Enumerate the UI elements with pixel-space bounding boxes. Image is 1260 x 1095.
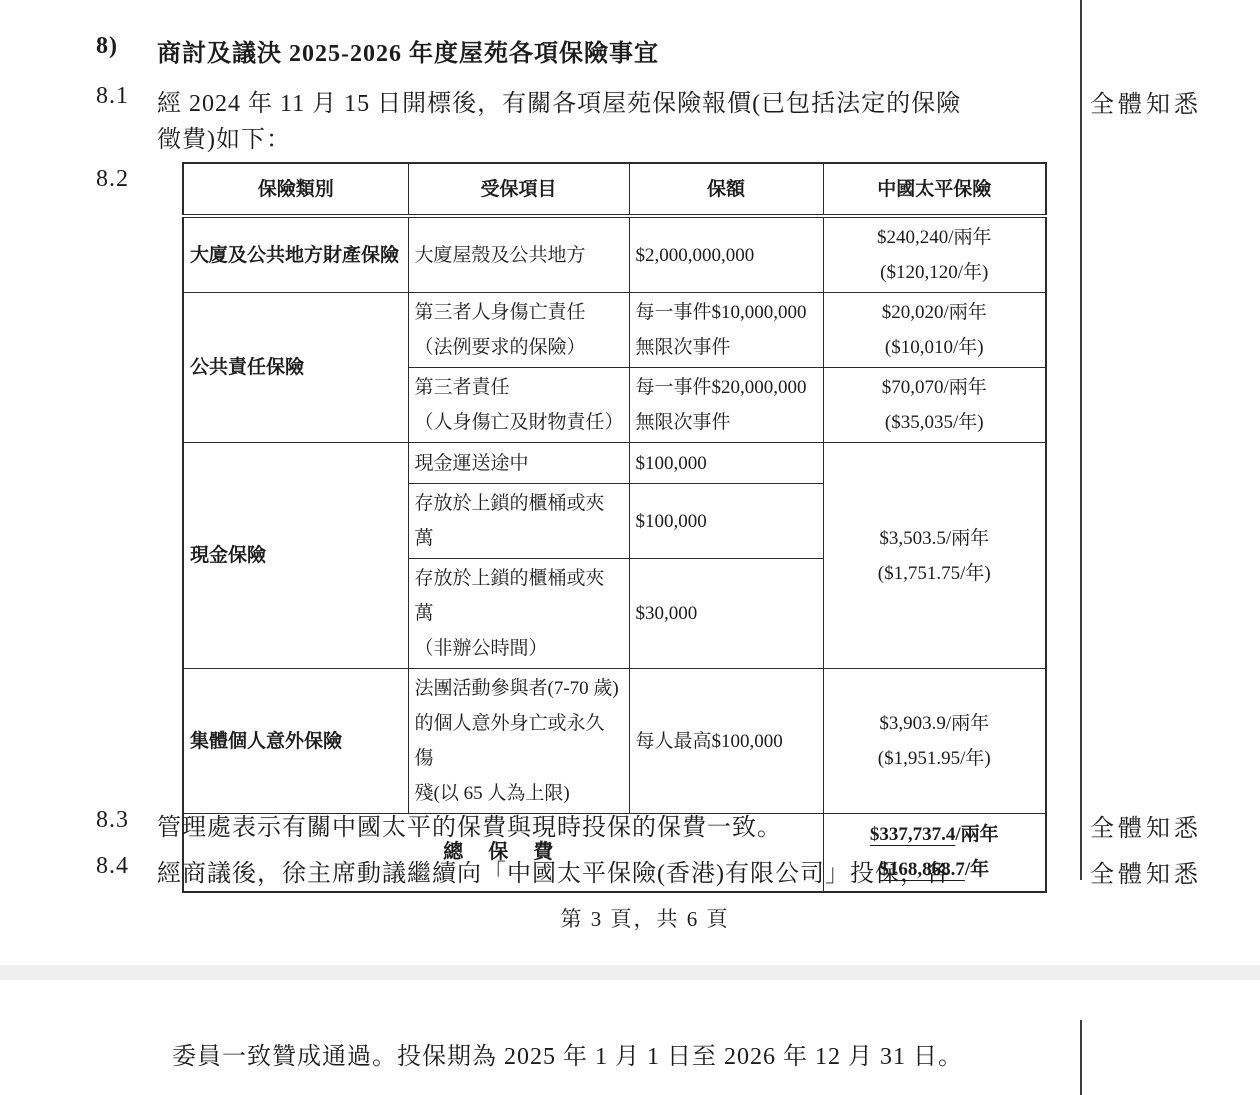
item-8-4-text: 經商議後，徐主席動議繼續向「中國太平保險(香港)有限公司」投保，各 bbox=[157, 853, 950, 888]
page-number-footer: 第 3 頁，共 6 頁 bbox=[0, 903, 1260, 933]
page-3: 8) 商討及議決 2025-2026 年度屋苑各項保險事宜 8.1 經 2024… bbox=[0, 0, 1260, 965]
cell-premium-building: $240,240/兩年 ($120,120/年) bbox=[823, 216, 1046, 293]
item-number-8: 8) bbox=[96, 33, 118, 60]
table-row-accident: 集體個人意外保險 法團活動參與者(7-70 歲) 的個人意外身亡或永久傷 殘(以… bbox=[183, 669, 1046, 814]
cell-item-liability-1: 第三者人身傷亡責任 （法例要求的保險） bbox=[408, 293, 629, 368]
section-heading: 商討及議決 2025-2026 年度屋苑各項保險事宜 bbox=[157, 33, 659, 68]
cell-item-cash-2: 存放於上鎖的櫃桶或夾萬 bbox=[408, 484, 629, 559]
item-number-8-4: 8.4 bbox=[96, 853, 129, 880]
item-number-8-2: 8.2 bbox=[96, 166, 129, 193]
header-category: 保險類別 bbox=[183, 163, 408, 216]
table-row-cash-1: 現金保險 現金運送途中 $100,000 $3,503.5/兩年 ($1,751… bbox=[183, 443, 1046, 484]
margin-rule bbox=[1080, 0, 1082, 880]
header-insured-item: 受保項目 bbox=[408, 163, 629, 216]
margin-note-8-3: 全體知悉 bbox=[1090, 808, 1202, 843]
cell-sum-cash-2: $100,000 bbox=[629, 484, 823, 559]
cell-item-cash-1: 現金運送途中 bbox=[408, 443, 629, 484]
next-page-text: 委員一致贊成通過。投保期為 2025 年 1 月 1 日至 2026 年 12 … bbox=[172, 1036, 963, 1071]
cell-item-accident: 法團活動參與者(7-70 歲) 的個人意外身亡或永久傷 殘(以 65 人為上限) bbox=[408, 669, 629, 814]
cell-category-accident: 集體個人意外保險 bbox=[183, 669, 408, 814]
header-sum-insured: 保額 bbox=[629, 163, 823, 216]
cell-premium-liability-2: $70,070/兩年 ($35,035/年) bbox=[823, 368, 1046, 443]
cell-premium-liability-1: $20,020/兩年 ($10,010/年) bbox=[823, 293, 1046, 368]
cell-premium-cash: $3,503.5/兩年 ($1,751.75/年) bbox=[823, 443, 1046, 669]
cell-sum-cash-3: $30,000 bbox=[629, 559, 823, 669]
cell-item-liability-2: 第三者責任 （人身傷亡及財物責任） bbox=[408, 368, 629, 443]
item-8-3-text: 管理處表示有關中國太平的保費與現時投保的保費一致。 bbox=[157, 807, 782, 842]
item-8-1-text-line1: 經 2024 年 11 月 15 日開標後，有關各項屋苑保險報價(已包括法定的保… bbox=[157, 83, 961, 118]
cell-category-building: 大廈及公共地方財產保險 bbox=[183, 216, 408, 293]
cell-sum-liability-2: 每一事件$20,000,000 無限次事件 bbox=[629, 368, 823, 443]
page-4-fragment: 委員一致贊成通過。投保期為 2025 年 1 月 1 日至 2026 年 12 … bbox=[0, 980, 1260, 1095]
cell-sum-liability-1: 每一事件$10,000,000 無限次事件 bbox=[629, 293, 823, 368]
margin-rule-next-page bbox=[1080, 1020, 1082, 1095]
margin-note-8-1: 全體知悉 bbox=[1090, 84, 1202, 119]
cell-category-cash: 現金保險 bbox=[183, 443, 408, 669]
cell-category-liability: 公共責任保險 bbox=[183, 293, 408, 443]
page-separator-band bbox=[0, 965, 1260, 980]
insurance-quote-table: 保險類別 受保項目 保額 中國太平保險 大廈及公共地方財產保險 大廈屋殼及公共地… bbox=[182, 162, 1047, 893]
table-header-row: 保險類別 受保項目 保額 中國太平保險 bbox=[183, 163, 1046, 216]
header-insurer: 中國太平保險 bbox=[823, 163, 1046, 216]
item-8-1-text-line2: 徵費)如下： bbox=[157, 119, 291, 154]
document-scan: 8) 商討及議決 2025-2026 年度屋苑各項保險事宜 8.1 經 2024… bbox=[0, 0, 1260, 1095]
cell-item-building: 大廈屋殼及公共地方 bbox=[408, 216, 629, 293]
table-row-building: 大廈及公共地方財產保險 大廈屋殼及公共地方 $2,000,000,000 $24… bbox=[183, 216, 1046, 293]
total-premium-two-years: $337,737.4/兩年 bbox=[830, 817, 1040, 852]
margin-note-8-4: 全體知悉 bbox=[1090, 854, 1202, 889]
cell-sum-building: $2,000,000,000 bbox=[629, 216, 823, 293]
cell-sum-cash-1: $100,000 bbox=[629, 443, 823, 484]
cell-premium-accident: $3,903.9/兩年 ($1,951.95/年) bbox=[823, 669, 1046, 814]
item-number-8-1: 8.1 bbox=[96, 83, 129, 110]
item-number-8-3: 8.3 bbox=[96, 807, 129, 834]
table-row-liability-1: 公共責任保險 第三者人身傷亡責任 （法例要求的保險） 每一事件$10,000,0… bbox=[183, 293, 1046, 368]
total-amount-two-years: $337,737.4 bbox=[870, 824, 956, 845]
cell-sum-accident: 每人最高$100,000 bbox=[629, 669, 823, 814]
cell-item-cash-3: 存放於上鎖的櫃桶或夾萬 （非辦公時間） bbox=[408, 559, 629, 669]
